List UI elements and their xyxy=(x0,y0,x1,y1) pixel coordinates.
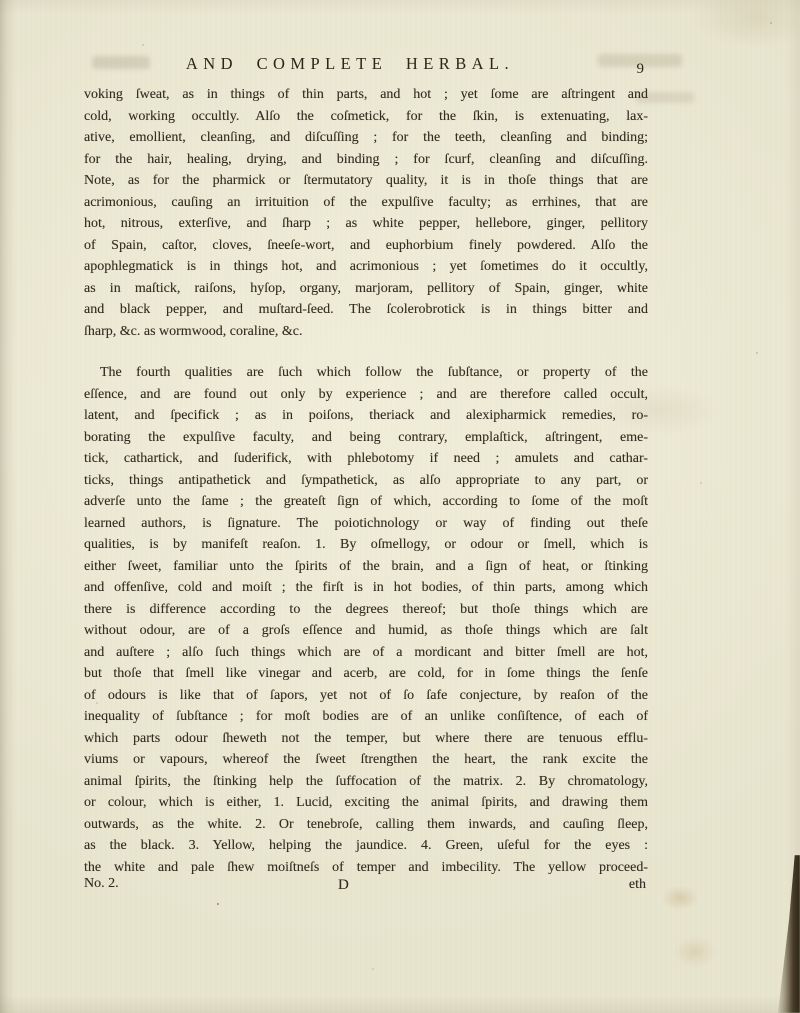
book-page: AND COMPLETE HERBAL. 9 voking ſweat, as … xyxy=(0,0,800,1013)
text-line: and black pepper, and muſtard-ſeed. The … xyxy=(84,299,648,321)
foxing-spot xyxy=(660,885,700,911)
running-title: AND COMPLETE HERBAL. xyxy=(186,54,514,74)
text-line: of odours is like that of ſapors, yet no… xyxy=(84,685,648,707)
issue-number: No. 2. xyxy=(84,876,119,892)
text-line: ſharp, &c. as wormwood, coraline, &c. xyxy=(84,321,648,343)
text-line: eſſence, and are found out only by exper… xyxy=(84,384,648,406)
text-line: borating the expulſive faculty, and bein… xyxy=(84,427,648,449)
text-line: without odour, are of a groſs eſſence an… xyxy=(84,620,648,642)
text-line: hot, nitrous, exterſive, and ſharp ; as … xyxy=(84,213,648,235)
text-line: Note, as for the pharmick or ſtermutator… xyxy=(84,170,648,192)
text-line: and offenſive, cold and moiſt ; the firſ… xyxy=(84,577,648,599)
catchword: eth xyxy=(629,877,646,893)
text-line: learned authors, is ſignature. The poiot… xyxy=(84,513,648,535)
text-line: apophlegmatick is in things hot, and acr… xyxy=(84,256,648,278)
text-line: outwards, as the white. 2. Or tenebroſe,… xyxy=(84,814,648,836)
text-line: of Spain, caſtor, cloves, ſneeſe-wort, a… xyxy=(84,235,648,257)
text-line: voking ſweat, as in things of thin parts… xyxy=(84,84,648,106)
text-line: The fourth qualities are ſuch which foll… xyxy=(84,362,648,384)
text-line: ticks, things antipathetick and ſympathe… xyxy=(84,470,648,492)
paragraph: The fourth qualities are ſuch which foll… xyxy=(84,362,648,878)
book-edge-shadow xyxy=(776,855,800,1013)
text-line: but thoſe that ſmell like vinegar and ac… xyxy=(84,663,648,685)
text-line: tick, cathartick, and ſuderifick, with p… xyxy=(84,448,648,470)
text-line: animal ſpirits, the ſtinking help the ſu… xyxy=(84,771,648,793)
running-header: AND COMPLETE HERBAL. 9 xyxy=(84,54,648,78)
paper-specks xyxy=(0,0,2,2)
page-number: 9 xyxy=(637,61,645,78)
foxing-spot xyxy=(672,935,718,969)
page-footer: No. 2. D eth xyxy=(84,876,648,896)
text-line: as the black. 3. Yellow, helping the jau… xyxy=(84,835,648,857)
text-line: qualities, is by manifeſt reaſon. 1. By … xyxy=(84,534,648,556)
paper-stain xyxy=(690,0,800,48)
text-line: the white and pale ſhew moiſtneſs of tem… xyxy=(84,857,648,879)
text-line: acrimonious, cauſing an irrituition of t… xyxy=(84,192,648,214)
text-line: there is difference according to the deg… xyxy=(84,599,648,621)
body-text: voking ſweat, as in things of thin parts… xyxy=(84,84,648,878)
text-line: for the hair, healing, drying, and bindi… xyxy=(84,149,648,171)
text-line: either ſweet, familiar unto the ſpirits … xyxy=(84,556,648,578)
text-line: latent, and ſpecifick ; as in poiſons, t… xyxy=(84,405,648,427)
text-line: inequality of ſubſtance ; for moſt bodie… xyxy=(84,706,648,728)
text-line: which parts odour ſheweth not the temper… xyxy=(84,728,648,750)
text-line: viums or vapours, whereof the ſweet ſtre… xyxy=(84,749,648,771)
text-line: or colour, which is either, 1. Lucid, ex… xyxy=(84,792,648,814)
text-line: cold, working occultly. Alſo the coſmeti… xyxy=(84,106,648,128)
text-line: ative, emollient, cleanſing, and diſcuſſ… xyxy=(84,127,648,149)
text-line: as in maſtick, raiſons, hyſop, organy, m… xyxy=(84,278,648,300)
text-line: and auſtere ; alſo ſuch things which are… xyxy=(84,642,648,664)
paragraph: voking ſweat, as in things of thin parts… xyxy=(84,84,648,342)
signature-letter: D xyxy=(338,877,349,894)
text-line: adverſe unto the ſame ; the greateſt ſig… xyxy=(84,491,648,513)
